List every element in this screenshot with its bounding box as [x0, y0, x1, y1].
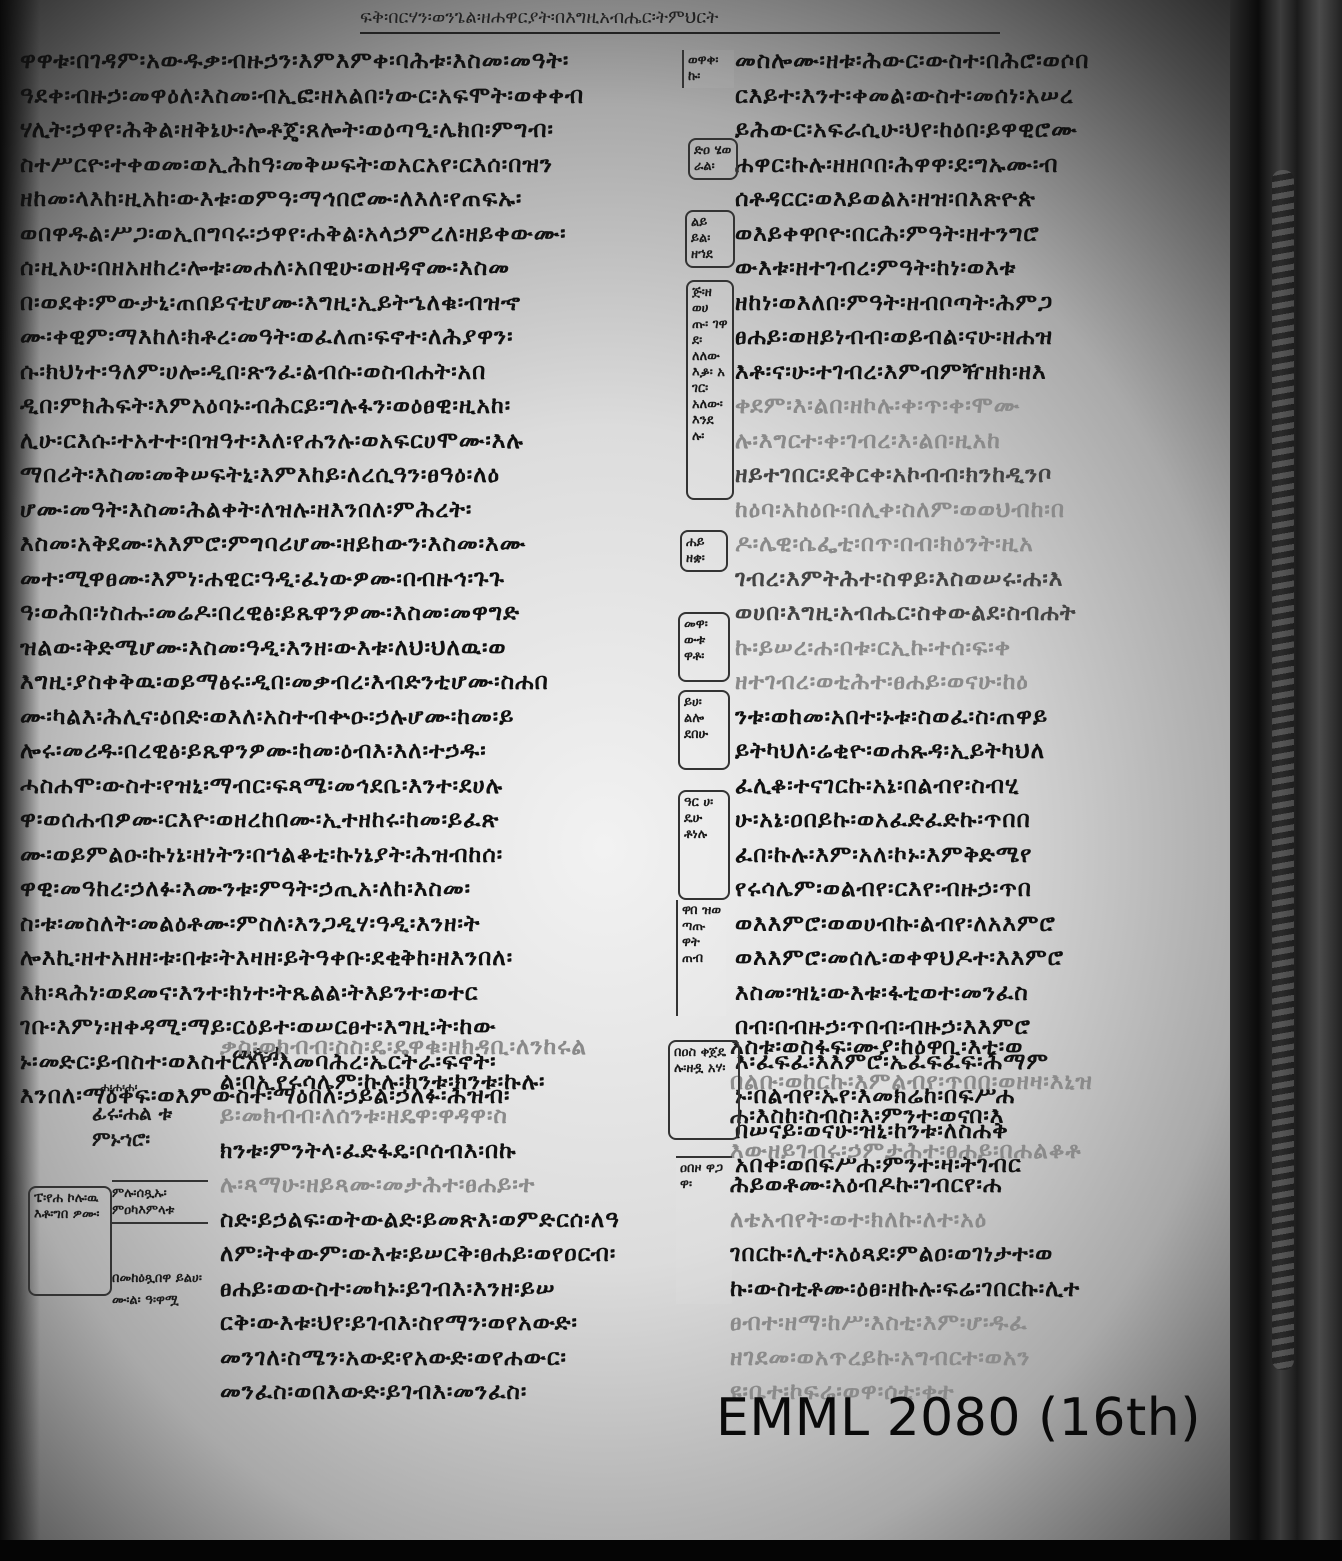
text-line: የሩሳሌም፡ወልብየ፡ርእየ፡ብዙኃ፡ጥበ	[735, 872, 1230, 907]
text-line: ፀሐይ፡ወውስተ፡መካኑ፡ይገብእ፡እንዘ፡ይሠ	[220, 1272, 680, 1307]
text-line: ዋዋቱ፡በገዳም፡አውዱቃ፡ብዙኃን፡እምእምቀ፡ባሕቱ፡እስመ፡መዓት፡	[20, 44, 680, 79]
text-line: ቀደም፡እ፡ልበ፡ዘኮሉ፡ቀ፡ጥ፡ቀ፡ሞሙ	[735, 389, 1230, 424]
text-line: ዘከነ፡ወእለበ፡ምዓት፡ዘብቦጣት፡ሕምጋ	[735, 286, 1230, 321]
manuscript-page: ፍቅ፡በርሃን፡ወንጌል፡ዘሐዋርያት፡በእግዚአብሔር፡ትምህርት ዋዋቱ፡በ…	[0, 0, 1342, 1540]
text-line: እቶ፡ና፡ሁ፡ተገብረ፡እምብምዥዘክ፡ዘእ	[735, 355, 1230, 390]
text-line: ዘተገብረ፡ወቲሕተ፡ፀሐይ፡ወናሁ፡ከዕ	[735, 665, 1230, 700]
text-line: ማበሪት፡እስመ፡መቅሠፍትኒ፡እምእከይ፡ለረሲዓን፡ፀዓዕ፡ለዕ	[20, 458, 680, 493]
text-line: ይሕውር፡አፍራሲሁ፡ህየ፡ከዕበ፡ይዋዊሮሙ	[735, 113, 1230, 148]
text-line: እስቱ፡ወስፋፍ፡ሙያ፡ከዕዋቢ፡እቲ፡ወ	[730, 1030, 1230, 1065]
text-line: ፀሐይ፡ወዘይነብብ፡ወይብል፡ናሁ፡ዘሐዝ	[735, 320, 1230, 355]
text-line: ኩ፡ይሠረ፡ሐ፡በቱ፡ርኢኩ፡ተሰ፡ፍ፡ቀ	[735, 631, 1230, 666]
text-line: ስድ፡ይኃልፍ፡ወትውልድ፡ይመጽእ፡ወምድርሰ፡ለዓ	[220, 1203, 680, 1238]
text-line: ዓደቀ፡ብዙኃ፡መዋዕለ፡እስመ፡ብኢፎ፡ዘአልበ፡ነውር፡አፍሞት፡ወቀቀብ	[20, 79, 680, 114]
text-line: እግዚ፡ያስቀቅዉ፡ወይማፅሩ፡ዲበ፡መቃብረ፡እብድንቲሆሙ፡ስሐበ	[20, 665, 680, 700]
text-line: ዘይተገበር፡ደቅርቀ፡አኮብብ፡ክንከዲንቦ	[735, 458, 1230, 493]
margin-note: ይሀ፡ ልሎ ደበሁ	[678, 690, 730, 770]
text-line: ውእቱ፡ዘተገብረ፡ምዓት፡ከነ፡ወእቱ	[735, 251, 1230, 286]
text-line: ዋ፡ወሰሐብዎሙ፡ርእዮ፡ወዘረከበሙ፡ኢተዘከሩ፡ከመ፡ይፈጽ	[20, 803, 680, 838]
text-line: ሐዋር፡ኩሉ፡ዘዘቦበ፡ሕዋዋ፡ደ፡ግኡሙ፡ብ	[735, 148, 1230, 183]
book-binding-edge	[1230, 0, 1342, 1540]
right-column-lower: እስቱ፡ወስፋፍ፡ሙያ፡ከዕዋቢ፡እቲ፡ወበልቡ፡ወከርኩ፡እምልብየ፡ጥበበ፡…	[730, 1030, 1230, 1410]
text-line: ሙ፡ወይምልዑ፡ኩነኔ፡ዘነትን፡በኀልቆቲ፡ኩነኔያት፡ሕዝብከሰ፡	[20, 838, 680, 873]
text-line: ቃስ፡ወክብብ፡ስስ፡ዴ፡ዴዋቁ፡ዘክዳቢ፡ለንከሩል	[220, 1030, 680, 1065]
text-line: ሊሁ፡ርእሱ፡ተአተተ፡በዝዓተ፡እለ፡የሐንሉ፡ወአፍርሀሞሙ፡እሉ	[20, 424, 680, 459]
text-line: ዓ፡ወሕበ፡ነስሑ፡መሬዶ፡በረዊፅ፡ይጼዋንዎሙ፡እስመ፡መዋግድ	[20, 596, 680, 631]
text-line: ዋዊ፡መዓከረ፡ኃለፉ፡እሙንቱ፡ምዓት፡ኃጢአ፡ለከ፡እስመ፡	[20, 872, 680, 907]
text-line: በልቡ፡ወከርኩ፡እምልብየ፡ጥበበ፡ወዘዛ፡እኒዝ	[730, 1065, 1230, 1100]
text-line: ፈሊቆ፡ተናገርኩ፡አኔ፡በልብየ፡ስብሂ	[735, 769, 1230, 804]
margin-note: ጅ፡ዘ ወሀ ጡ፡ ገዋ ደ፡ ለለው እቇ፡ አ ገር፡ አለው፡ እንደ ሉ…	[686, 280, 734, 500]
text-line: ወእእምሮ፡ወወሀብኩ፡ልብየ፡ለአእምሮ	[735, 907, 1230, 942]
text-line: ሆሙ፡መዓት፡እስመ፡ሕልቀት፡ለዝሉ፡ዘእንበለ፡ምሕረት፡	[20, 493, 680, 528]
text-line: ሕይወቶሙ፡አዕብዶኩ፡ገብርየ፡ሐ	[730, 1168, 1230, 1203]
text-line: ሎእኪ፡ዘተአዘዘ፡ቱ፡በቱ፡ትእዛዘ፡ይትዓቀቡ፡ደቂቅከ፡ዘእንበለ፡	[20, 941, 680, 976]
text-line: ሁ፡አኔ፡ዐበይኩ፡ወአፈድፈድኩ፡ጥበበ	[735, 803, 1230, 838]
text-line: ኩ፡ውስቲቶሙ፡ዕፀ፡ዘኩሉ፡ፍሬ፡ገበርኩ፡ሊተ	[730, 1272, 1230, 1307]
text-line: ይ፡መክብብ፡ለሰንቱ፡ዘዴዋ፡ዋዳዋ፡ስ	[220, 1099, 680, 1134]
bottom-black-band	[0, 1540, 1342, 1561]
text-line: ሰ፡ዚአሁ፡በዘአዘከረ፡ሎቱ፡መሐለ፡አበዊሁ፡ወዘዳኖሙ፡እስመ	[20, 251, 680, 286]
text-line: ገበርኩ፡ሊተ፡አዕጻደ፡ምልዐ፡ወገነታተ፡ወ	[730, 1237, 1230, 1272]
margin-note: ዋበ ዝወ ጣጡ ዋት ጠብ	[676, 900, 726, 1016]
text-line: ወበዋዱል፡ሥጋ፡ወኢበግባሩ፡ኃዋየ፡ሐቅል፡አላኃምረለ፡ዘይቀውሙ፡	[20, 217, 680, 252]
text-line: ሓስሐሞ፡ውስተ፡የዝኒ፡ማብር፡ፍጻሜ፡መኅደቤ፡እንተ፡ደሀሉ	[20, 769, 680, 804]
text-line: ለም፡ትቀውም፡ውእቱ፡ይሠርቅ፡ፀሐይ፡ወየዐርብ፡	[220, 1237, 680, 1272]
margin-note: መዋ፡ ውቱ ዋቶ፡	[678, 612, 730, 682]
text-line: ስተሥርዮ፡ተቀወመ፡ወኢሕከዓ፡መቅሠፍት፡ወአርአየ፡ርእሰ፡በዝን	[20, 148, 680, 183]
margin-note: ፊሩ፡ሐል ቱ ምኑኀሮ፡	[92, 1100, 212, 1152]
text-line: ዘገደመ፡ወአጥረይኩ፡አግብርተ፡ወአን	[730, 1341, 1230, 1376]
text-line: እውዘይገብሩ፡ኃምታሕተ፡ፀሐይ፡በሐልቆቶ	[730, 1134, 1230, 1169]
text-line: ሃሊት፡ኃዋየ፡ሕቅል፡ዘቅኔሁ፡ሎቶጄ፡ጸሎት፡ወዕጣዒ፡ሌክበ፡ምግብ፡	[20, 113, 680, 148]
text-line: ንቱ፡ወከመ፡አበተ፡ኑቱ፡ስወፈ፡ስ፡ጠዋይ	[735, 700, 1230, 735]
text-line: ፀብተ፡ዘማ፡ከሥ፡እስቲ፡እም፡ሆ፡ዱፈ	[730, 1306, 1230, 1341]
text-line: መስሎሙ፡ዘቱ፡ሕውር፡ውስተ፡በሕሮ፡ወሶበ	[735, 44, 1230, 79]
margin-note: በመከዕጿበዋ ይልሀ፡ ሙ፡ል፡ ዓ፡ዋሟ	[112, 1268, 208, 1312]
margin-note: ዓር ሀ፡ ዴሁ ቶነሉ	[678, 790, 730, 900]
margin-note: በዐስ ቀጀዴ ሉ፡ዘዷ አሃ፡	[668, 1040, 740, 1140]
left-column: ዋዋቱ፡በገዳም፡አውዱቃ፡ብዙኃን፡እምእምቀ፡ባሕቱ፡እስመ፡መዓት፡ዓደቀ…	[20, 44, 680, 1114]
text-line: ክንቱ፡ምንትላ፡ፈድፋዴ፡ቦሰብእ፡በኩ	[220, 1134, 680, 1169]
text-line: ዘከመ፡ላእከ፡ዚአከ፡ውእቱ፡ወምዓ፡ማኅበሮሙ፡ለእለ፡የጠፍኡ፡	[20, 182, 680, 217]
left-column-lower: ቃስ፡ወክብብ፡ስስ፡ዴ፡ዴዋቁ፡ዘክዳቢ፡ለንከሩልል፡በኢየሩሳሌም፡ኩሉ፡…	[220, 1030, 680, 1410]
text-line: ለቴአብየት፡ወተ፡ክለኩ፡ለተ፡አዕ	[730, 1203, 1230, 1238]
text-line: ርቅ፡ውእቱ፡ህየ፡ይገብእ፡ስየማን፡ወየአውድ፡	[220, 1306, 680, 1341]
text-line: እስመ፡አቅደሙ፡አእምሮ፡ምግባሪሆሙ፡ዘይከውን፡እስመ፡እሙ	[20, 527, 680, 562]
text-line: ወእይቀዋቦዮ፡በርሕ፡ምዓት፡ዘተንግሮ	[735, 217, 1230, 252]
text-line: ል፡በኢየሩሳሌም፡ኩሉ፡ክንቱ፡ክንቱ፡ኩሉ፡	[220, 1065, 680, 1100]
text-line: ይትካህለ፡ሬቂዮ፡ወሐጹዳ፡ኢይትካህለ	[735, 734, 1230, 769]
text-line: ፈበ፡ኩሉ፡እም፡አለ፡ኮኑ፡እምቅድሜየ	[735, 838, 1230, 873]
text-line: ዲበ፡ምክሕፍት፡እምአዕባኑ፡ብሕርይ፡ግሉፋን፡ወዕፀዊ፡ዚአከ፡	[20, 389, 680, 424]
margin-note: ወዋቀ፡ ኩ፡	[682, 50, 734, 88]
margin-note: ሐይ ዘቋ፡	[680, 530, 728, 572]
manuscript-caption: EMML 2080 (16th)	[716, 1388, 1201, 1448]
text-line: እስመ፡ዝኒ፡ውእቱ፡ፋቲወተ፡መንፈስ	[735, 976, 1230, 1011]
margin-note: ምሉ፡ሰጿኡ፡ ምዐካእምላቱ	[112, 1180, 208, 1224]
text-line: ሙ፡ቀዊም፡ማእከለ፡ክቶረ፡መዓት፡ወፈለጠ፡ፍኖተ፡ለሕያዋን፡	[20, 320, 680, 355]
text-line: ዝልው፡ቅድሜሆሙ፡እስመ፡ዓዲ፡እንዘ፡ውእቱ፡ለህ፡ህለዉ፡ወ	[20, 631, 680, 666]
binding-strap	[1272, 170, 1294, 1370]
margin-note: ሐ፡ሐ፡ሐ፡	[100, 1080, 137, 1094]
text-line: ወእእምሮ፡መሰሌ፡ወቀዋህዶተ፡እእምሮ	[735, 941, 1230, 976]
right-column: መስሎሙ፡ዘቱ፡ሕውር፡ውስተ፡በሕሮ፡ወሶበርእይተ፡እንተ፡ቀመል፡ውስተ፡…	[735, 44, 1230, 1183]
text-line: እክ፡ጻሕነ፡ወደመና፡እንተ፡ክነተ፡ትጼልል፡ትእይንተ፡ወተር	[20, 976, 680, 1011]
text-line: መንፈስ፡ወበእውድ፡ይገብእ፡መንፈስ፡	[220, 1375, 680, 1410]
text-line: ሱ፡ክህነተ፡ዓለም፡ሀሎ፡ዲበ፡ጽንፈ፡ልብሱ፡ወስብሐት፡አበ	[20, 355, 680, 390]
text-line: ስ፡ቱ፡መስለት፡መልዕቶሙ፡ምስለ፡እንጋዲሃ፡ዓዲ፡እንዘ፡ት	[20, 907, 680, 942]
text-line: በ፡ወደቀ፡ምውታኒ፡ጠበይናቲሆሙ፡እግዚ፡ኢይትኄለቁ፡ብዝኆ	[20, 286, 680, 321]
text-line: ሉ፡ጻማሁ፡ዘይጻሙ፡መታሕተ፡ፀሐይ፡ተ	[220, 1168, 680, 1203]
text-line: ሙ፡ካልእ፡ሕሊና፡ዕበድ፡ወእለ፡አስተብቍዑ፡ኃሉሆሙ፡ከመ፡ይ	[20, 700, 680, 735]
text-line: ርእይተ፡እንተ፡ቀመል፡ውስተ፡መሰነ፡አሠረ	[735, 79, 1230, 114]
text-line: ሰቶዳርር፡ወእይወልአ፡ዘዝ፡በእጽዮጵ	[735, 182, 1230, 217]
text-line: ገብረ፡እምትሕተ፡ስዋይ፡እስወሠሩ፡ሐ፡እ	[735, 562, 1230, 597]
margin-note: ዐበዞ ዋጋ ዋ፡	[676, 1156, 732, 1304]
text-line: ሉ፡እግርተ፡ቀ፡ገብረ፡እ፡ልበ፡ዚአከ	[735, 424, 1230, 459]
text-line: መንገለ፡ስሜን፡አውደ፡የአውድ፡ወየሐውር፡	[220, 1341, 680, 1376]
text-line: ሎሩ፡መሪዱ፡በረዊፅ፡ይጼዋንዎሙ፡ከመ፡ዕብእ፡እለ፡ተኃዱ፡	[20, 734, 680, 769]
margin-note: ድዐ ሄወ ራል፡	[688, 138, 738, 180]
text-line: ወሀበ፡እግዚ፡አብሔር፡ስቀውልደ፡ስብሐት	[735, 596, 1230, 631]
margin-note-boxed: ፔ፡የሐ ኮሉ፡ዉ እቶ፡ግበ ዎሙ፡	[28, 1186, 112, 1296]
header-line: ፍቅ፡በርሃን፡ወንጌል፡ዘሐዋርያት፡በእግዚአብሔር፡ትምህርት	[360, 4, 1000, 34]
text-line: ሐ፡እስከ፡ስብስ፡እ፡ምንተ፡ወናበ፡እ	[730, 1099, 1230, 1134]
text-line: ከዕባ፡አከዕቡ፡በሊቀ፡ስለም፡ወወህብከ፡በ	[735, 493, 1230, 528]
margin-note: ልይ ይል፡ ዘኀደ	[685, 210, 735, 268]
text-line: ዶ፡ሌዊ፡ሴፌቲ፡በጥ፡በብ፡ክዕንት፡ዚአ	[735, 527, 1230, 562]
text-line: መተ፡ሚዋፀሙ፡እምነ፡ሐዊር፡ዓዲ፡ፈነውዎሙ፡በብዙኅ፡ጉጉ	[20, 562, 680, 597]
